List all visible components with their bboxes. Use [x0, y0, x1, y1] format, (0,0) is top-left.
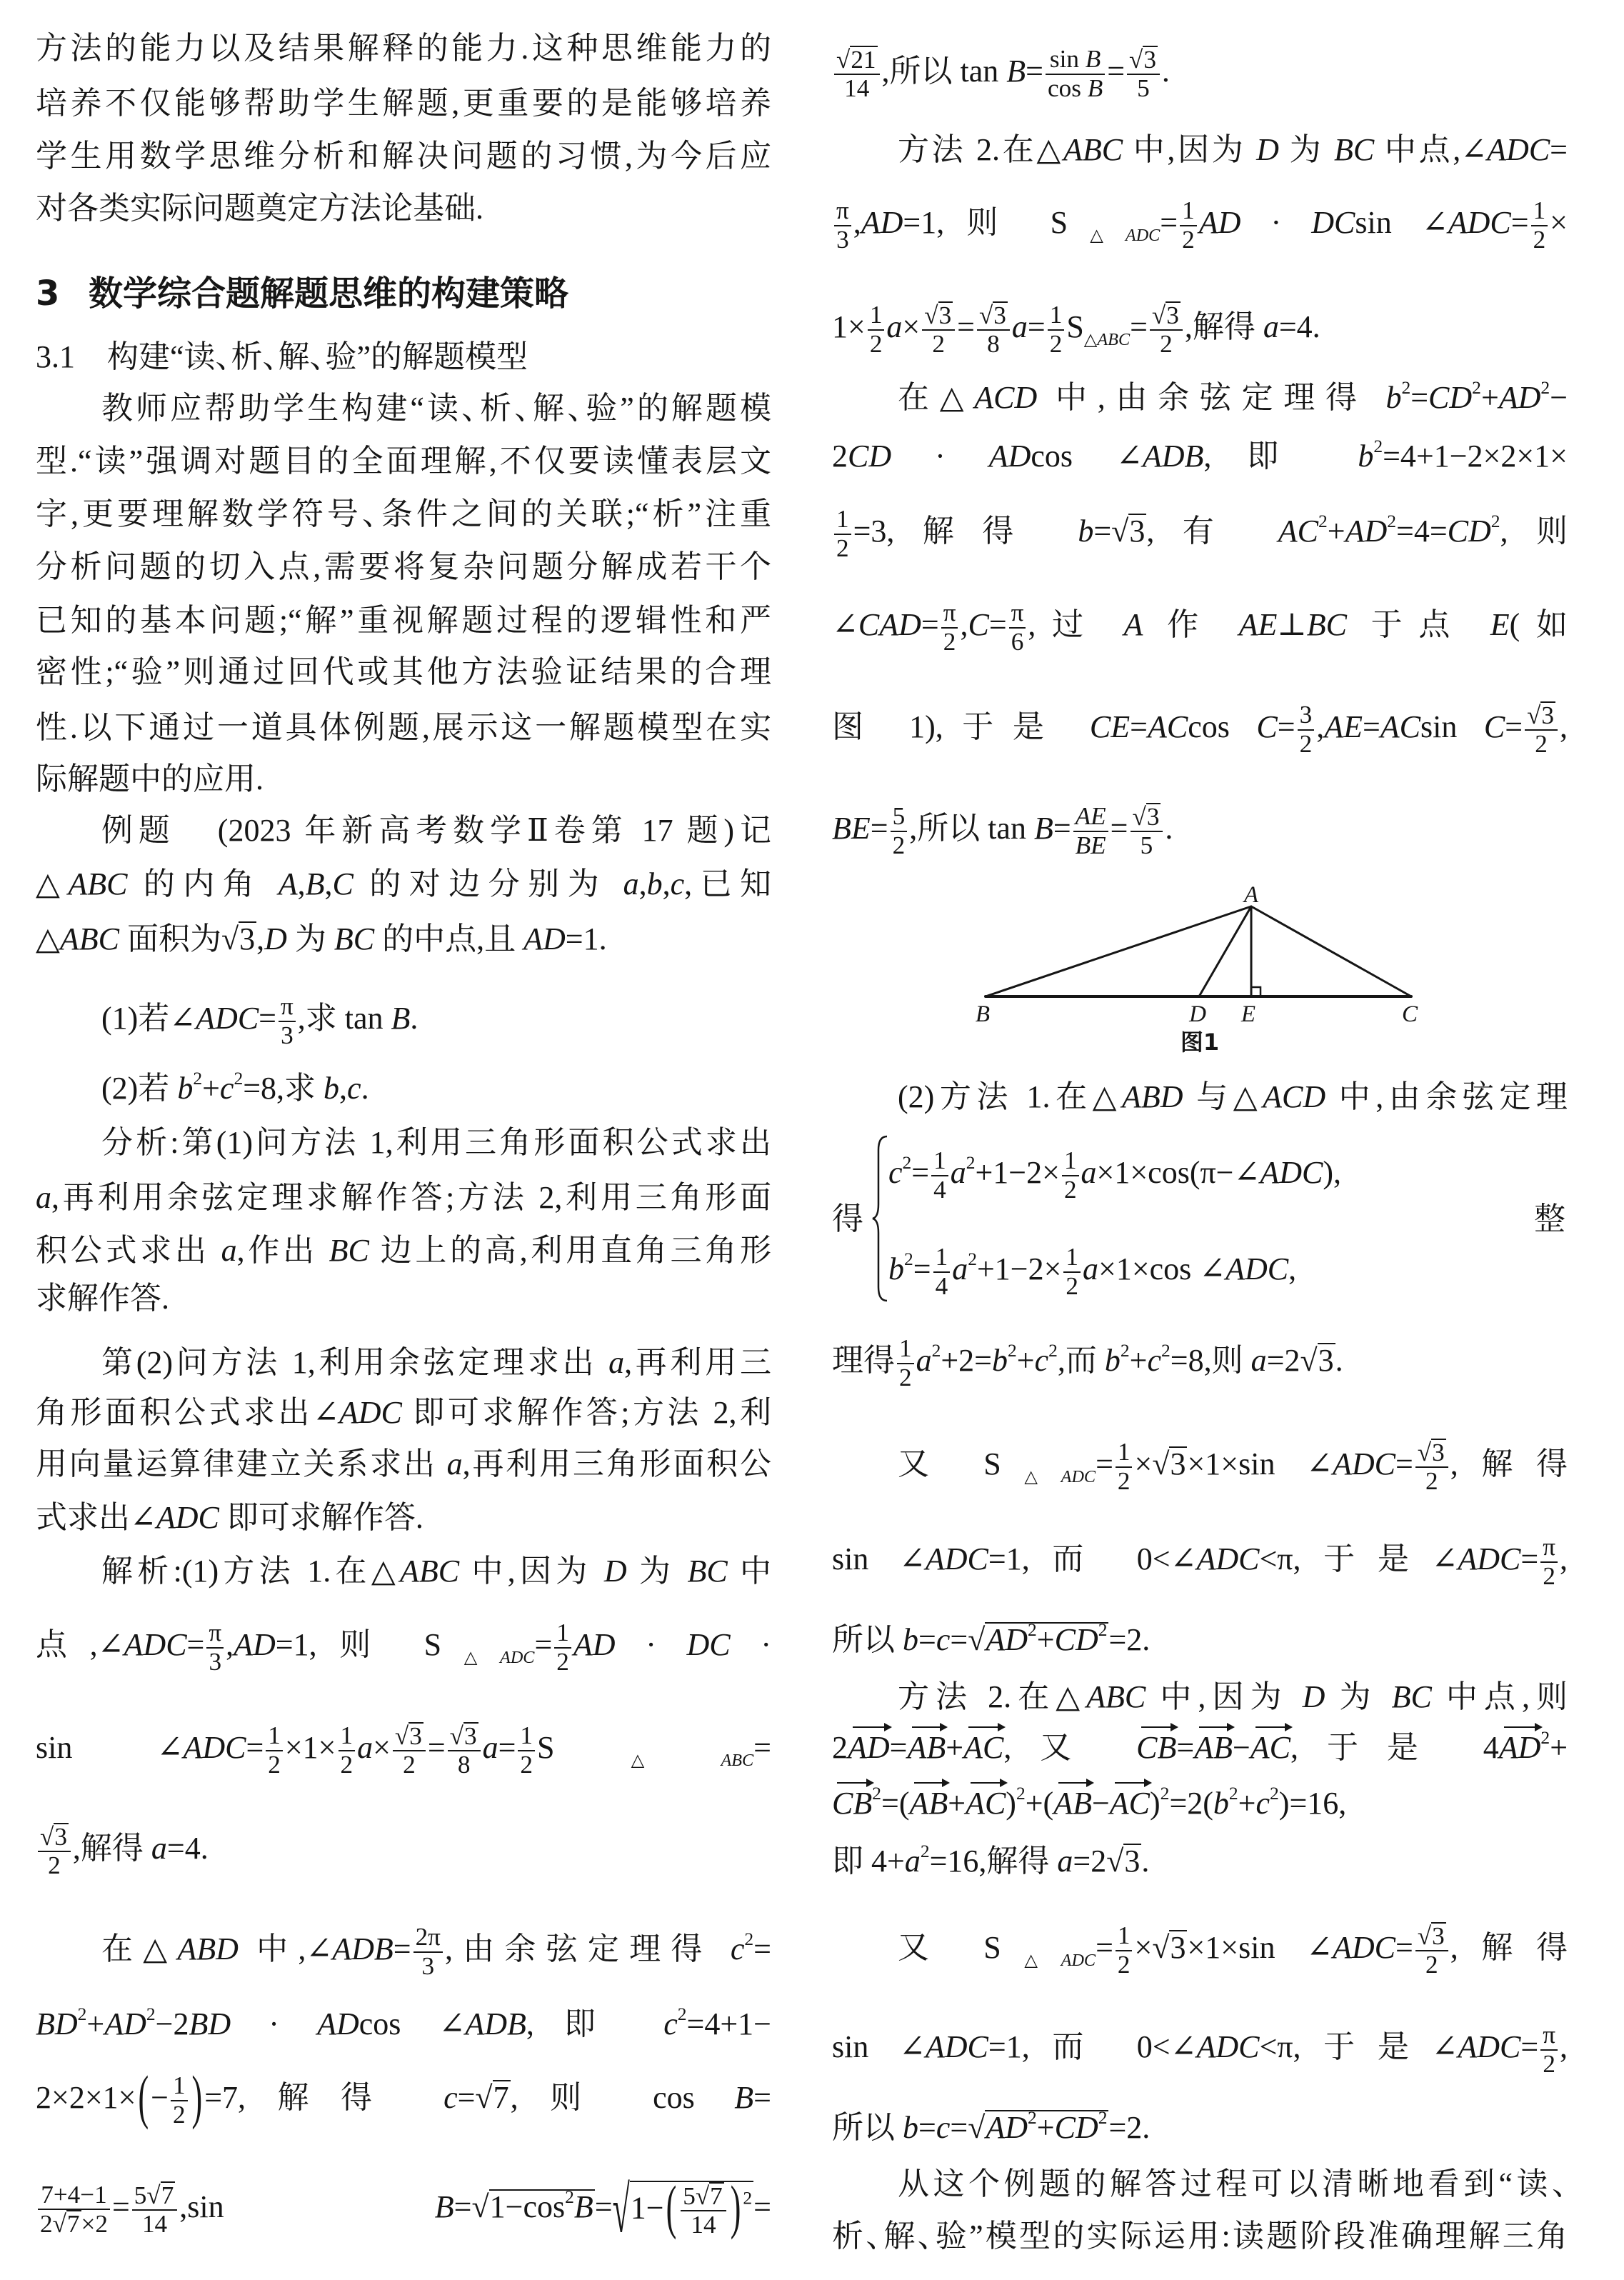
- radical-sign: [1152, 1446, 1169, 1481]
- vertex-label-c: C: [1402, 1001, 1418, 1027]
- radicand: 3: [1169, 1446, 1187, 1481]
- math-variable: a: [151, 1831, 167, 1866]
- math-variable: ADC: [1333, 1446, 1395, 1481]
- math-variable: b: [324, 1071, 339, 1106]
- radicand: 3: [1146, 803, 1161, 831]
- radicand: 3: [1143, 46, 1158, 74]
- math-variable: b: [1078, 514, 1093, 549]
- math-variable: CD: [1428, 380, 1472, 415]
- math-superscript: 2: [1229, 1783, 1238, 1804]
- math-variable: ABD: [177, 1931, 239, 1966]
- math-fraction: 38: [448, 1722, 481, 1779]
- fraction-denominator: 3: [279, 1021, 296, 1050]
- text-line: 用向量运算律建立关系求出 a,再利用三角形面积公: [36, 1443, 771, 1486]
- math-variable: a: [483, 1730, 498, 1765]
- math-fraction: 12: [1116, 1922, 1133, 1979]
- math-superscript: 2: [1472, 377, 1481, 398]
- radical-sign: [836, 46, 850, 74]
- math-variable: b: [992, 1343, 1008, 1378]
- system-trail-text: 整: [1534, 1198, 1570, 1241]
- radicand: 3: [1540, 701, 1555, 729]
- radicand: 3: [1166, 301, 1181, 329]
- fraction-numerator: π: [206, 1619, 224, 1647]
- fraction-numerator: 1: [1116, 1439, 1133, 1466]
- math-fraction: π3: [279, 993, 296, 1049]
- vertex-label-b: B: [976, 1001, 990, 1027]
- math-superscript: 2: [903, 1152, 912, 1173]
- math-variable: B: [734, 2080, 753, 2115]
- fraction-numerator: 3: [1298, 701, 1315, 729]
- math-variable: AC: [1148, 709, 1188, 744]
- math-radical: 3: [924, 301, 953, 330]
- math-variable: AC: [1380, 709, 1420, 744]
- fraction-denominator: 8: [448, 1750, 481, 1779]
- math-variable: DC: [687, 1627, 731, 1662]
- fraction-numerator: 1: [868, 301, 885, 329]
- fraction-numerator: 1: [554, 1619, 571, 1647]
- text-line: 对各类实际问题奠定方法论基础.: [36, 187, 771, 230]
- math-radical: AD2+CD2: [968, 2106, 1108, 2149]
- math-variable: b: [903, 1622, 918, 1657]
- math-superscript: 2: [1491, 511, 1500, 531]
- math-line: 2AD=AB+AC,又 CB=AB−AC,于是 4AD2+: [832, 1726, 1568, 1769]
- fraction-denominator: 4: [931, 1175, 948, 1204]
- text-line: 方法的能力以及结果解释的能力.这种思维能力的: [36, 27, 771, 70]
- fraction-denominator: 2: [1531, 225, 1548, 254]
- math-fraction: 12: [834, 506, 851, 562]
- fraction-denominator: 2: [393, 1750, 426, 1779]
- fraction-numerator: 1: [1180, 197, 1197, 225]
- math-variable: c: [671, 866, 685, 901]
- math-variable: ADC: [1458, 1541, 1520, 1576]
- radical-sign: [1527, 701, 1540, 729]
- math-radical: 3: [1418, 1922, 1446, 1951]
- math-fraction: 12: [1531, 197, 1548, 254]
- math-superscript: 2: [1161, 1783, 1170, 1804]
- radical-sign: [450, 1722, 463, 1750]
- fraction-denominator: 2: [1298, 729, 1315, 759]
- math-variable: AD: [989, 439, 1031, 474]
- math-superscript: 2: [193, 1068, 202, 1089]
- math-radical: 3: [1418, 1439, 1446, 1467]
- fraction-denominator: 2: [1062, 1175, 1079, 1204]
- math-variable: D: [604, 1554, 627, 1589]
- fraction-numerator: 21: [834, 46, 880, 74]
- radicand: 3: [938, 301, 953, 329]
- math-variable: B: [1086, 45, 1101, 73]
- math-vector: AC: [966, 1788, 1006, 1819]
- math-variable: AE: [1239, 607, 1278, 642]
- math-superscript: 2: [932, 1340, 941, 1361]
- fraction-denominator: BE: [1073, 831, 1108, 860]
- fraction-numerator: 1: [834, 506, 851, 534]
- radical-sign: [475, 2080, 492, 2115]
- math-line: CB2=(AB+AC)2+(AB−AC)2=2(b2+c2)=16,: [832, 1782, 1568, 1825]
- math-superscript: 2: [678, 2004, 687, 2024]
- left-brace-icon: [871, 1134, 890, 1303]
- math-superscript: 2: [1161, 1340, 1171, 1361]
- math-variable: a: [447, 1446, 463, 1481]
- math-variable: BE: [832, 811, 871, 846]
- fraction-denominator: 2: [868, 329, 885, 359]
- math-variable: a: [916, 1343, 932, 1378]
- fraction-numerator: 7+4−1: [38, 2181, 110, 2209]
- math-line: 32,解得 a=4.: [36, 1827, 771, 1870]
- radicand: 1−cos2B: [489, 2189, 595, 2224]
- math-fraction: 38: [977, 301, 1010, 359]
- equation-line-1: c2=14a2+1−2×12a×1×cos(π−∠ADC),: [888, 1151, 1341, 1194]
- math-variable: c: [731, 1931, 745, 1966]
- triangle-figure: A B D E C 图1: [950, 879, 1450, 1057]
- math-fraction: 14: [931, 1147, 948, 1204]
- fraction-numerator: AE: [1073, 803, 1108, 831]
- section-heading: 3数学综合题解题思维的构建策略: [36, 272, 568, 315]
- math-variable: c: [888, 1155, 903, 1190]
- math-subscript: △ADC: [1001, 1951, 1096, 1970]
- math-variable: AD: [573, 1627, 616, 1662]
- math-variable: a: [1263, 309, 1279, 344]
- math-line: 12=3,解得 b=3,有 AC2+AD2=4=CD2,则: [832, 510, 1568, 553]
- fraction-numerator: 3: [1131, 803, 1163, 831]
- math-radical: 3: [1152, 1443, 1187, 1486]
- math-fraction: 5714: [681, 2182, 726, 2239]
- math-fraction: sin Bcos B: [1046, 46, 1105, 102]
- fraction-denominator: 2: [1540, 1561, 1558, 1591]
- math-fraction: π6: [1009, 599, 1026, 656]
- fraction-numerator: 1: [1531, 197, 1548, 225]
- math-line: 2114,所以 tan B=sin Bcos B=35.: [832, 50, 1568, 93]
- math-variable: ADC: [1487, 132, 1550, 167]
- math-variable: CD: [1448, 514, 1491, 549]
- math-vector: AD: [1499, 1732, 1541, 1764]
- radical-sign: [1106, 1844, 1123, 1879]
- math-fraction: 7+4−127×2: [38, 2181, 110, 2239]
- fraction-numerator: π: [279, 993, 296, 1021]
- math-fraction: 12: [518, 1722, 535, 1779]
- math-line: 7+4−127×2=5714,sin B=1−cos2B=1−(5714)2=: [36, 2186, 771, 2229]
- math-variable: BC: [688, 1554, 728, 1589]
- radical-sign: [696, 2182, 709, 2210]
- math-line: 1×12a×32=38a=12S△ABC=32,解得 a=4.: [832, 306, 1568, 349]
- math-superscript: 2: [1048, 1340, 1058, 1361]
- math-superscript: 2: [1540, 377, 1550, 398]
- math-fraction: 32: [1298, 701, 1315, 758]
- text-line: a,再利用余弦定理求解作答;方法 2,利用三角形面: [36, 1176, 771, 1219]
- fraction-denominator: 5: [1131, 831, 1163, 860]
- fraction-denominator: 2: [941, 627, 958, 656]
- math-fraction: π3: [834, 197, 851, 254]
- math-superscript: 2: [1028, 2107, 1037, 2128]
- text-line: 方法 2.在△ABC 中,因为 D 为 BC 中点,∠ADC=: [832, 129, 1568, 171]
- radicand: 3: [239, 921, 256, 956]
- radicand: 7: [493, 2080, 511, 2114]
- math-variable: ADC: [1196, 2029, 1259, 2064]
- math-variable: D: [264, 921, 287, 956]
- math-variable: c: [443, 2080, 458, 2115]
- math-variable: A: [279, 866, 298, 901]
- text-line: 际解题中的应用.: [36, 758, 771, 801]
- math-radical: 3: [395, 1722, 423, 1751]
- fraction-numerator: 57: [132, 2181, 178, 2210]
- math-variable: ADC: [926, 1541, 988, 1576]
- radical-sign: [968, 1622, 985, 1657]
- fraction-numerator: 3: [1127, 46, 1160, 74]
- math-variable: a: [1012, 309, 1028, 344]
- math-variable: c: [663, 2006, 678, 2041]
- fraction-numerator: 3: [1525, 701, 1558, 730]
- radicand: 3: [54, 1823, 69, 1851]
- math-variable: CD: [848, 439, 891, 474]
- text-line: 已知的基本问题;“解”重视解题过程的逻辑性和严: [36, 599, 771, 642]
- math-variable: a: [1057, 1844, 1073, 1879]
- math-radical: 1−(5714)2: [613, 2181, 754, 2239]
- math-variable: a: [608, 1345, 624, 1380]
- text-line: 求解作答.: [36, 1277, 771, 1320]
- math-variable: a: [36, 1180, 51, 1215]
- fraction-denominator: 4: [933, 1271, 951, 1301]
- math-subscript: △ADC: [441, 1648, 534, 1667]
- fraction-denominator: 2: [1150, 329, 1183, 359]
- fraction-denominator: 3: [206, 1647, 224, 1676]
- math-superscript: 2: [1028, 1619, 1037, 1640]
- math-radical: 7: [475, 2076, 510, 2119]
- fraction-numerator: 3: [922, 301, 955, 330]
- radicand: 3: [463, 1722, 478, 1750]
- math-variable: b: [647, 866, 663, 901]
- math-line: 又 S△ADC=12×3×1×sin ∠ADC=32,解得: [832, 1926, 1568, 1969]
- math-line: 又 S△ADC=12×3×1×sin ∠ADC=32,解得: [832, 1443, 1568, 1486]
- math-fraction: π2: [1540, 2021, 1558, 2078]
- math-variable: ABD: [1122, 1079, 1183, 1114]
- radicand: 3: [1123, 1844, 1141, 1878]
- text-line: 培养不仅能够帮助学生解题,更重要的是能够培养: [36, 82, 771, 125]
- text-line: △ABC 的内角 A,B,C 的对边分别为 a,b,c,已知: [36, 863, 771, 906]
- math-delimiter: ): [192, 2057, 203, 2139]
- math-line: 2×2×1×(−12)=7,解得 c=7,则 cos B=: [36, 2076, 771, 2119]
- math-fraction: 12: [1062, 1147, 1079, 1204]
- fraction-denominator: 8: [977, 329, 1010, 359]
- fraction-denominator: 2: [891, 831, 908, 860]
- math-fraction: π2: [1540, 1534, 1558, 1590]
- text-line: 第(2)问方法 1,利用余弦定理求出 a,再利用三: [36, 1341, 771, 1384]
- math-fraction: 35: [1131, 803, 1163, 860]
- text-line: 从这个例题的解答过程可以清晰地看到“读、: [832, 2163, 1568, 2206]
- math-fraction: 32: [1525, 701, 1558, 759]
- math-superscript: 2: [1387, 511, 1396, 531]
- math-superscript: 2: [921, 1841, 930, 1861]
- text-line: △ABC 面积为3,D 为 BC 的中点,且 AD=1.: [36, 918, 771, 961]
- radicand: 3: [1128, 514, 1146, 548]
- fraction-numerator: sin B: [1046, 46, 1105, 74]
- math-line: 所以 b=c=AD2+CD2=2.: [832, 1619, 1568, 1661]
- math-superscript: 2: [1008, 1340, 1017, 1361]
- math-variable: b: [903, 2110, 918, 2145]
- math-fraction: 12: [266, 1722, 283, 1779]
- math-variable: a: [886, 309, 902, 344]
- math-fraction: 32: [1150, 301, 1183, 359]
- radicand: 3: [1431, 1922, 1446, 1950]
- radical-sign: [613, 2166, 630, 2256]
- math-variable: a: [357, 1730, 373, 1765]
- math-variable: AD: [986, 2110, 1028, 2145]
- math-variable: b: [888, 1251, 904, 1286]
- math-variable: BD: [189, 2006, 231, 2041]
- math-variable: a: [1251, 1343, 1267, 1378]
- math-variable: AE: [1324, 709, 1363, 744]
- math-variable: AD: [986, 1622, 1028, 1657]
- text-line: 解析:(1)方法 1.在△ABC 中,因为 D 为 BC 中: [36, 1550, 771, 1593]
- radicand: 3: [1169, 1930, 1187, 1964]
- fraction-numerator: 57: [681, 2182, 726, 2211]
- fraction-denominator: 2: [1063, 1271, 1081, 1301]
- radicand: 1−(5714)2: [630, 2181, 753, 2239]
- text-line: 式求出∠ADC 即可求解作答.: [36, 1496, 771, 1539]
- radical-sign: [968, 2110, 985, 2145]
- math-variable: C: [333, 866, 354, 901]
- math-delimiter: (: [138, 2057, 149, 2139]
- fraction-numerator: 3: [1415, 1439, 1448, 1467]
- radical-sign: [40, 1823, 54, 1851]
- radicand: AD2+CD2: [985, 2110, 1108, 2144]
- math-fraction: 35: [1127, 46, 1160, 103]
- section-number: 3: [36, 272, 89, 315]
- fraction-numerator: 1: [1062, 1147, 1079, 1175]
- math-variable: AD: [234, 1627, 276, 1662]
- radicand: AD2+CD2: [985, 1622, 1108, 1656]
- math-fraction: 12: [1116, 1439, 1133, 1495]
- math-variable: ABC: [68, 866, 127, 901]
- math-variable: ACD: [974, 380, 1037, 415]
- math-radical: 21: [836, 46, 878, 74]
- math-variable: ADC: [926, 2029, 988, 2064]
- math-line: BD2+AD2−2BD · ADcos ∠ADB,即 c2=4+1−: [36, 2003, 771, 2046]
- radicand: 3: [408, 1722, 423, 1750]
- fraction-numerator: 1: [339, 1722, 356, 1750]
- fraction-denominator: 2: [554, 1647, 571, 1676]
- radical-sign: [472, 2189, 489, 2224]
- math-variable: c: [1256, 1786, 1270, 1821]
- math-radical: 1−cos2B: [472, 2186, 595, 2229]
- radicand: 7: [161, 2181, 176, 2209]
- math-fraction: 2π3: [413, 1924, 443, 1980]
- text-line: 学生用数学思维分析和解决问题的习惯,为今后应: [36, 135, 771, 178]
- math-variable: AE: [1076, 802, 1106, 830]
- section-title: 数学综合题解题思维的构建策略: [89, 274, 568, 314]
- math-fraction: AEBE: [1073, 803, 1108, 859]
- math-variable: AD: [104, 2006, 146, 2041]
- math-variable: AD: [1345, 514, 1388, 549]
- math-variable: B: [391, 1001, 411, 1036]
- fraction-numerator: π: [941, 599, 958, 627]
- fraction-denominator: 3: [834, 225, 851, 254]
- math-fraction: 5714: [132, 2181, 178, 2239]
- math-fraction: 32: [38, 1823, 71, 1880]
- math-variable: AD: [317, 2006, 359, 2041]
- radical-sign: [1418, 1922, 1431, 1950]
- fraction-numerator: 1: [1063, 1244, 1081, 1271]
- math-variable: c: [220, 1071, 234, 1106]
- math-variable: CD: [1055, 2110, 1098, 2145]
- fraction-denominator: cos B: [1046, 74, 1105, 103]
- math-variable: a: [221, 1233, 237, 1268]
- math-superscript: 2: [743, 2187, 752, 2208]
- fraction-denominator: 2: [1180, 225, 1197, 254]
- math-radical: 3: [1527, 701, 1555, 730]
- math-superscript: 2: [1121, 1340, 1130, 1361]
- math-variable: ABC: [400, 1554, 459, 1589]
- math-variable: AD: [1199, 205, 1241, 240]
- text-line: 教师应帮助学生构建“读、析、解、验”的解题模: [36, 387, 771, 430]
- fraction-denominator: 2: [518, 1750, 535, 1779]
- fraction-numerator: 1: [1116, 1922, 1133, 1950]
- fraction-numerator: 1: [518, 1722, 535, 1750]
- equation-line-2: b2=14a2+1−2×12a×1×cos ∠ADC,: [888, 1248, 1296, 1291]
- math-line: 所以 b=c=AD2+CD2=2.: [832, 2106, 1568, 2149]
- math-vector: AB: [1194, 1732, 1233, 1764]
- math-variable: BC: [329, 1233, 369, 1268]
- radicand: 7: [66, 2210, 81, 2238]
- math-variable: ABC: [60, 921, 119, 956]
- fraction-numerator: 1: [171, 2072, 188, 2100]
- fraction-denominator: 3: [413, 1951, 443, 1981]
- math-line: 图 1),于是 CE=ACcos C=32,AE=ACsin C=32,: [832, 706, 1568, 749]
- text-line: 字,更要理解数学符号、条件之间的关联;“析”注重: [36, 493, 771, 536]
- fraction-denominator: 2: [38, 1851, 71, 1880]
- fraction-denominator: 5: [1127, 74, 1160, 103]
- fraction-numerator: 5: [891, 803, 908, 831]
- math-variable: BD: [36, 2006, 78, 2041]
- math-variable: ADC: [339, 1395, 402, 1430]
- fraction-numerator: 3: [977, 301, 1010, 330]
- segment-ad: [1199, 906, 1251, 996]
- math-line: 在△ACD 中,由余弦定理得 b2=CD2+AD2−: [832, 376, 1568, 419]
- math-variable: ABC: [1086, 1679, 1146, 1714]
- example-label: 例题: [101, 813, 176, 848]
- math-fraction: π2: [941, 599, 958, 656]
- math-variable: DC: [1311, 205, 1355, 240]
- math-variable: AD: [861, 205, 903, 240]
- fraction-denominator: 2: [897, 1363, 914, 1392]
- radical-sign: [395, 1722, 408, 1750]
- math-line: sin ∠ADC=12×1×12a×32=38a=12S△ABC=: [36, 1726, 771, 1769]
- segment-ac: [1251, 906, 1411, 996]
- fraction-denominator: 2: [339, 1750, 356, 1779]
- math-variable: B: [1034, 811, 1053, 846]
- page: 方法的能力以及结果解释的能力.这种思维能力的 培养不仅能够帮助学生解题,更重要的…: [0, 0, 1624, 2280]
- fraction-denominator: 2: [1415, 1950, 1448, 1979]
- math-variable: BC: [334, 921, 374, 956]
- math-variable: c: [347, 1071, 361, 1106]
- math-subscript: △ABC: [1084, 330, 1130, 349]
- math-fraction: 32: [1415, 1922, 1448, 1979]
- math-fraction: 14: [933, 1244, 951, 1300]
- math-subscript: △ABC: [554, 1751, 753, 1770]
- math-fraction: 32: [922, 301, 955, 359]
- radical-sign: [1111, 514, 1128, 549]
- example-heading-line: 例题 (2023 年新高考数学Ⅱ卷第 17 题)记: [36, 809, 771, 852]
- radical-sign: [1133, 803, 1146, 831]
- math-variable: BC: [1334, 132, 1374, 167]
- fraction-denominator: 2: [1525, 729, 1558, 759]
- text-line: 分析问题的切入点,需要将复杂问题分解成若干个: [36, 546, 771, 589]
- math-radical: 3: [1152, 301, 1181, 330]
- radical-sign: [924, 301, 938, 329]
- math-variable: ADC: [1458, 2029, 1520, 2064]
- math-radical: AD2+CD2: [968, 1619, 1108, 1661]
- math-variable: ADB: [332, 1931, 394, 1966]
- math-variable: ABC: [1063, 132, 1123, 167]
- math-radical: 3: [1300, 1339, 1335, 1382]
